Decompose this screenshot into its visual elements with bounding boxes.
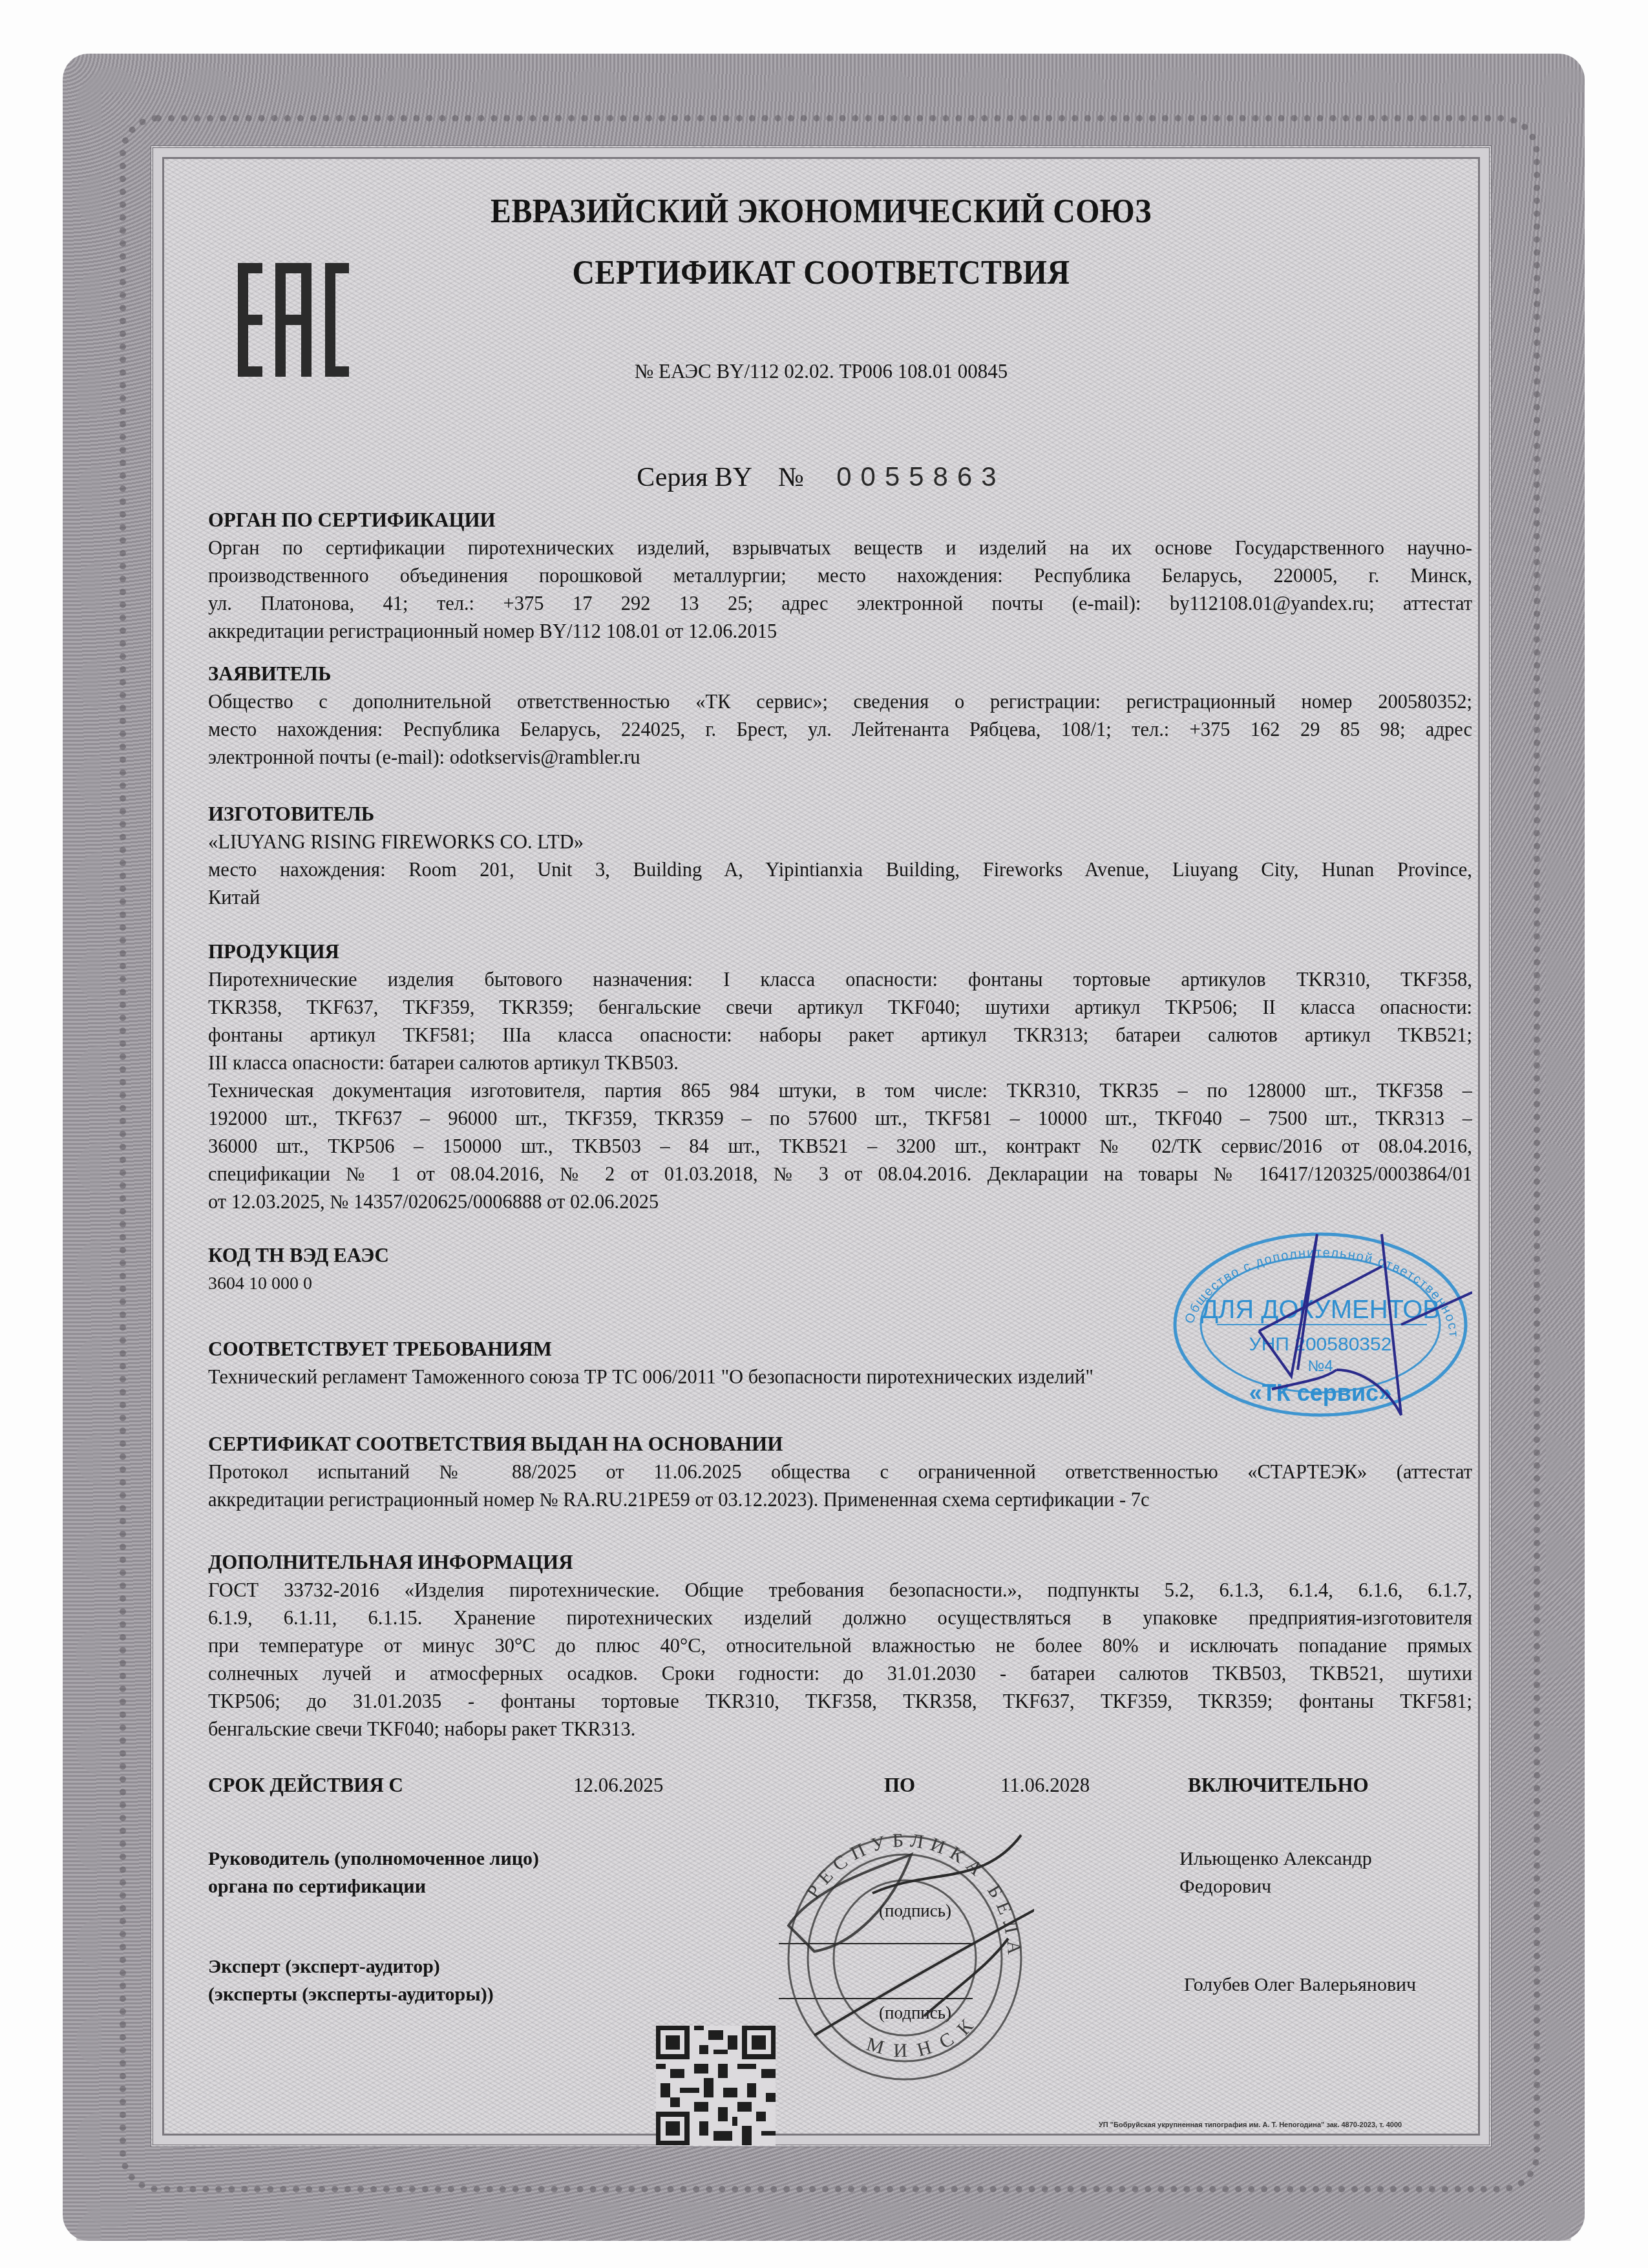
head-name-line1: Ильющенко Александр [1179,1845,1372,1873]
number-sign: № [778,463,804,492]
manufacturer-heading: ИЗГОТОВИТЕЛЬ [208,803,374,826]
basis-heading: СЕРТИФИКАТ СООТВЕТСТВИЯ ВЫДАН НА ОСНОВАН… [208,1433,783,1456]
text-line: производственного объединения порошковой… [208,562,1472,590]
text-line: Китай [208,884,1472,912]
hs-code-heading: КОД ТН ВЭД ЕАЭС [208,1244,389,1267]
text-line: 192000 шт., TKF637 – 96000 шт., TKF359, … [208,1105,1472,1133]
text-line: место нахождения: Room 201, Unit 3, Buil… [208,856,1472,884]
scallop-border-right [1546,54,1585,2241]
text-line: Пиротехнические изделия бытового назначе… [208,966,1472,994]
validity-inclusive-label: ВКЛЮЧИТЕЛЬНО [1188,1774,1369,1797]
validity-from-date: 12.06.2025 [573,1774,664,1797]
scallop-border-top [63,54,1585,92]
text-line: бенгальские свечи TKF040; наборы ракет T… [208,1716,1472,1743]
scallop-border-left [63,54,101,2241]
certification-body-heading: ОРГАН ПО СЕРТИФИКАЦИИ [208,509,496,532]
text-line: при температуре от минус 30°С до плюс 40… [208,1632,1472,1660]
text-line: 36000 шт., TKP506 – 150000 шт., TKB503 –… [208,1133,1472,1160]
svg-text:РЕСПУБЛИКА БЕЛАРУСЬ: РЕСПУБЛИКА БЕЛАРУСЬ [776,1829,1026,1962]
conformity-heading: СООТВЕТСТВУЕТ ТРЕБОВАНИЯМ [208,1338,552,1361]
certification-body-text: Орган по сертификации пиротехнических из… [208,534,1472,646]
basis-text: Протокол испытаний № 88/2025 от 11.06.20… [208,1458,1472,1514]
text-line: фонтаны артикул TKF581; IIIa класса опас… [208,1022,1472,1049]
certificate-number: № ЕАЭС BY/112 02.02. ТР006 108.01 00845 [151,360,1492,383]
validity-to-label: ПО [884,1774,915,1797]
text-line: Орган по сертификации пиротехнических из… [208,534,1472,562]
validity-to-date: 11.06.2028 [1000,1774,1090,1797]
union-title: ЕВРАЗИЙСКИЙ ЭКОНОМИЧЕСКИЙ СОЮЗ [204,193,1438,231]
series-number: 0055863 [836,461,1006,492]
text-line: электронной почты (e-mail): odotkservis@… [208,744,1472,772]
series-label: Серия BY [637,463,752,492]
text-line: аккредитации регистрационный номер BY/11… [208,618,1472,646]
expert-label-line2: (эксперты (эксперты-аудиторы)) [208,1980,494,2008]
document-title: СЕРТИФИКАТ СООТВЕТСТВИЯ [204,254,1438,292]
products-heading: ПРОДУКЦИЯ [208,940,339,963]
blue-stamp-unp: УНП 200580352 [1249,1334,1392,1355]
text-line: TKR358, TKF637, TKF359, TKR359; бенгальс… [208,994,1472,1022]
text-line: место нахождения: Республика Беларусь, 2… [208,716,1472,744]
blue-stamp-number: №4 [1307,1358,1333,1375]
text-line: спецификации № 1 от 08.04.2016, № 2 от 0… [208,1160,1472,1188]
head-name-line2: Федорович [1179,1873,1271,1900]
additional-info-heading: ДОПОЛНИТЕЛЬНАЯ ИНФОРМАЦИЯ [208,1551,573,1574]
text-line: аккредитации регистрационный номер № RA.… [208,1486,1472,1514]
manufacturer-text: «LIUYANG RISING FIREWORKS CO. LTD» место… [208,828,1472,912]
round-stamp-top-text: РЕСПУБЛИКА БЕЛАРУСЬ [776,1829,1026,1962]
text-line: солнечных лучей и атмосферных осадков. С… [208,1660,1472,1688]
text-line: Техническая документация изготовителя, п… [208,1077,1472,1105]
text-line: от 12.03.2025, № 14357/020625/0006888 от… [208,1188,1472,1216]
validity-from-label: СРОК ДЕЙСТВИЯ С [208,1774,403,1797]
printer-imprint: УП "Бобруйская укрупненная типография им… [1099,2121,1402,2129]
applicant-heading: ЗАЯВИТЕЛЬ [208,662,331,686]
expert-label-line1: Эксперт (эксперт-аудитор) [208,1953,440,1980]
text-line: «LIUYANG RISING FIREWORKS CO. LTD» [208,828,1472,856]
text-line: 6.1.9, 6.1.11, 6.1.15. Хранение пиротехн… [208,1604,1472,1632]
expert-name: Голубев Олег Валерьянович [1184,1971,1416,1999]
text-line: Общество с дополнительной ответственност… [208,688,1472,716]
scallop-border-bottom [63,2202,1585,2241]
text-line: ГОСТ 33732-2016 «Изделия пиротехнические… [208,1577,1472,1604]
head-label-line1: Руководитель (уполномоченное лицо) [208,1845,539,1873]
applicant-text: Общество с дополнительной ответственност… [208,688,1472,772]
blue-stamp-bottom-text: «ТК сервис» [1249,1380,1391,1406]
text-line: III класса опасности: батареи салютов ар… [208,1049,1472,1077]
applicant-blue-stamp: Общество с дополнительной ответственност… [1168,1228,1472,1422]
head-label-line2: органа по сертификации [208,1873,426,1900]
text-line: ул. Платонова, 41; тел.: +375 17 292 13 … [208,590,1472,618]
additional-info-text: ГОСТ 33732-2016 «Изделия пиротехнические… [208,1577,1472,1743]
qr-code [656,2026,776,2145]
products-text: Пиротехнические изделия бытового назначе… [208,966,1472,1216]
text-line: TKP506; до 31.01.2035 - фонтаны тортовые… [208,1688,1472,1716]
round-seal-stamp: РЕСПУБЛИКА БЕЛАРУСЬ МИНСК [776,1829,1034,2081]
text-line: Протокол испытаний № 88/2025 от 11.06.20… [208,1458,1472,1486]
series-line: Серия BY№0055863 [151,461,1492,493]
